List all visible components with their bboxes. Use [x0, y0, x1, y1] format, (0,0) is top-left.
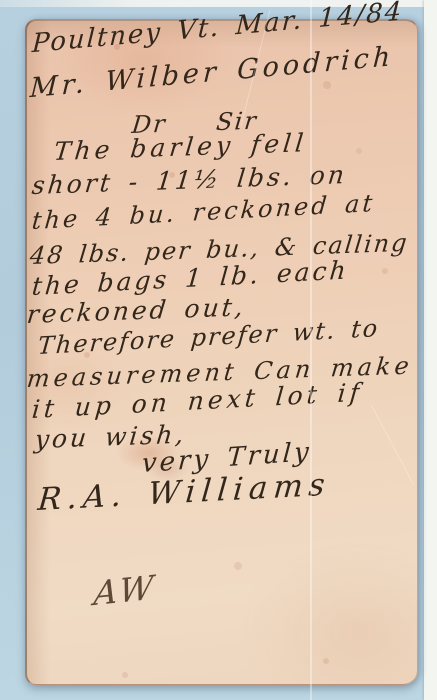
- message-line: The barley fell: [53, 130, 309, 164]
- initials-inscription: AW: [93, 570, 157, 610]
- handwriting-layer: Poultney Vt. Mar. 14/84 Mr. Wilber Goodr…: [27, 21, 417, 684]
- crease-line-vertical: [310, 0, 312, 700]
- postcard-photo: Poultney Vt. Mar. 14/84 Mr. Wilber Goodr…: [0, 0, 437, 700]
- photo-border-strip-right: [424, 0, 437, 700]
- postcard: Poultney Vt. Mar. 14/84 Mr. Wilber Goodr…: [25, 19, 418, 685]
- signature: R.A. Williams: [37, 470, 332, 517]
